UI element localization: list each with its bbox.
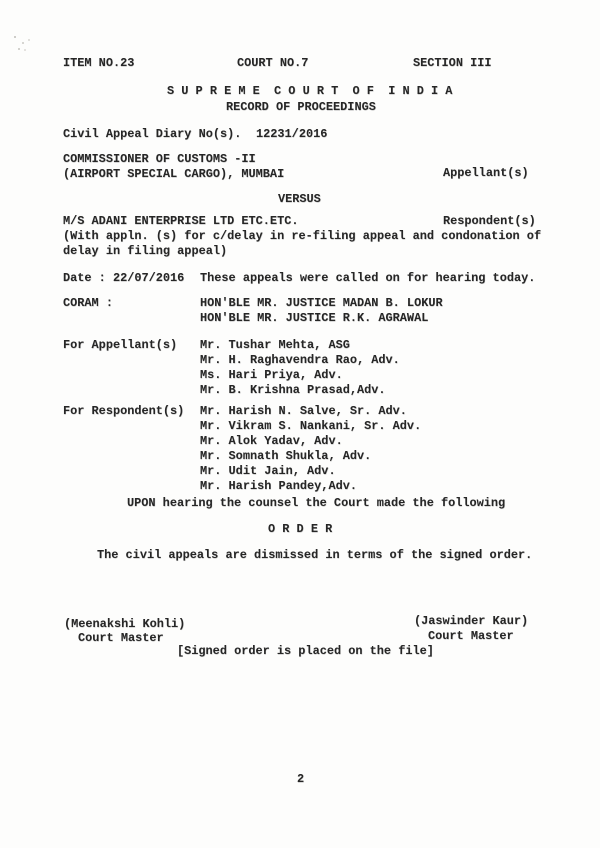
- respondent-counsel-1: Mr. Harish N. Salve, Sr. Adv.: [200, 404, 407, 419]
- record-of-proceedings-subtitle: RECORD OF PROCEEDINGS: [226, 100, 376, 115]
- called-on-note: These appeals were called on for hearing…: [200, 271, 535, 286]
- for-respondents-label: For Respondent(s): [63, 404, 184, 419]
- appellant-counsel-3: Ms. Hari Priya, Adv.: [200, 368, 343, 383]
- respondent-name: M/S ADANI ENTERPRISE LTD ETC.ETC.: [63, 214, 298, 229]
- court-number: COURT NO.7: [237, 56, 308, 71]
- application-note-line2: delay in filing appeal): [63, 244, 227, 259]
- court-master-left-title: Court Master: [78, 631, 164, 646]
- coram-judge-1: HON'BLE MR. JUSTICE MADAN B. LOKUR: [200, 296, 443, 311]
- appellant-role-label: Appellant(s): [443, 166, 529, 181]
- section-number: SECTION III: [413, 56, 492, 71]
- diary-number-label: Civil Appeal Diary No(s).: [63, 127, 241, 142]
- court-order-document-page: ITEM NO.23 COURT NO.7 SECTION III S U P …: [0, 0, 600, 848]
- hearing-date: Date : 22/07/2016: [63, 271, 184, 286]
- respondent-counsel-2: Mr. Vikram S. Nankani, Sr. Adv.: [200, 419, 421, 434]
- item-number: ITEM NO.23: [63, 56, 134, 71]
- signed-order-note: [Signed order is placed on the file]: [177, 644, 434, 659]
- appellant-name-line1: COMMISSIONER OF CUSTOMS -II: [63, 152, 256, 167]
- appellant-name-line2: (AIRPORT SPECIAL CARGO), MUMBAI: [63, 167, 284, 182]
- coram-judge-2: HON'BLE MR. JUSTICE R.K. AGRAWAL: [200, 311, 428, 326]
- court-master-right-name: (Jaswinder Kaur): [414, 614, 528, 629]
- versus-label: VERSUS: [278, 192, 321, 207]
- respondent-counsel-6: Mr. Harish Pandey,Adv.: [200, 479, 357, 494]
- order-heading: O R D E R: [268, 522, 332, 537]
- court-master-left-name: (Meenakshi Kohli): [64, 617, 185, 632]
- court-title: S U P R E M E C O U R T O F I N D I A: [167, 84, 452, 99]
- diary-number-value: 12231/2016: [256, 127, 327, 142]
- respondent-counsel-4: Mr. Somnath Shukla, Adv.: [200, 449, 371, 464]
- application-note-line1: (With appln. (s) for c/delay in re-filin…: [63, 229, 541, 244]
- respondent-counsel-3: Mr. Alok Yadav, Adv.: [200, 434, 343, 449]
- coram-label: CORAM :: [63, 296, 113, 311]
- for-appellants-label: For Appellant(s): [63, 338, 177, 353]
- order-text: The civil appeals are dismissed in terms…: [97, 548, 532, 563]
- respondent-counsel-5: Mr. Udit Jain, Adv.: [200, 464, 336, 479]
- appellant-counsel-4: Mr. B. Krishna Prasad,Adv.: [200, 383, 386, 398]
- court-master-right-title: Court Master: [428, 629, 514, 644]
- respondent-role-label: Respondent(s): [443, 214, 536, 229]
- appellant-counsel-2: Mr. H. Raghavendra Rao, Adv.: [200, 353, 400, 368]
- upon-hearing-line: UPON hearing the counsel the Court made …: [127, 496, 505, 511]
- page-number: 2: [297, 772, 304, 787]
- appellant-counsel-1: Mr. Tushar Mehta, ASG: [200, 338, 350, 353]
- scan-smudge-artifact: [14, 36, 16, 38]
